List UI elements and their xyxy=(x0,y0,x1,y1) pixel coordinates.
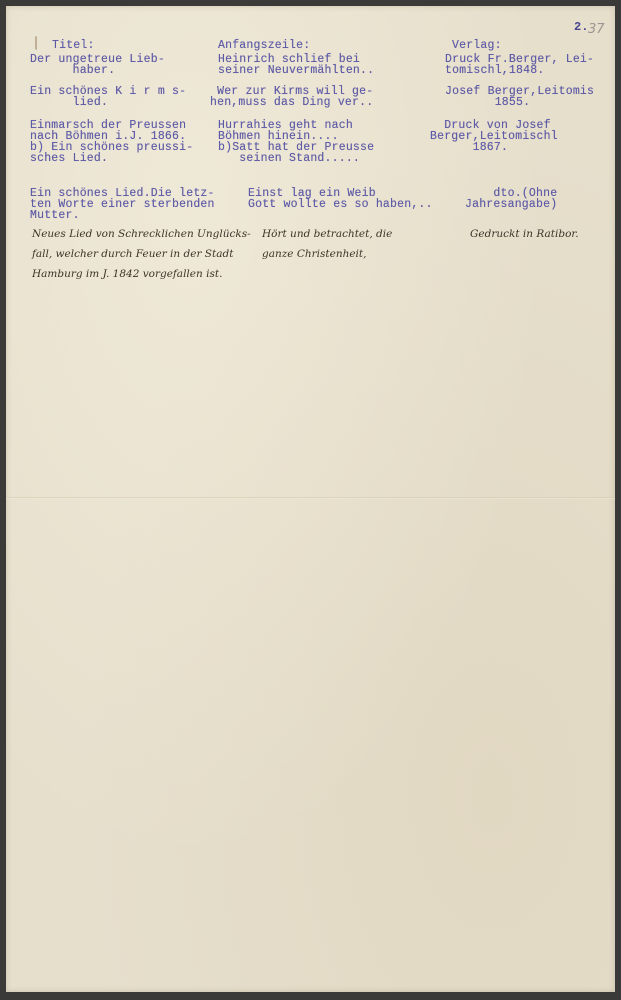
entry-first-line: Heinrich schlief bei seiner Neuvermählte… xyxy=(218,54,374,76)
entry-publisher: Druck von Josef Berger,Leitomischl 1867. xyxy=(430,120,558,153)
page-number: 2. xyxy=(574,20,588,34)
paper-fold-line xyxy=(6,497,615,499)
header-publisher: Verlag: xyxy=(452,40,502,51)
pencil-mark xyxy=(35,36,41,50)
entry-first-line: Einst lag ein Weib Gott wollte es so hab… xyxy=(248,188,433,210)
handwritten-first-line: Hört und betrachtet, die ganze Christenh… xyxy=(262,224,392,264)
entry-publisher: Druck Fr.Berger, Lei- tomischl,1848. xyxy=(445,54,594,76)
header-title: Titel: xyxy=(52,40,95,51)
header-first-line: Anfangszeile: xyxy=(218,40,310,51)
handwritten-title: Neues Lied von Schrecklichen Unglücks- f… xyxy=(32,224,251,284)
entry-publisher: dto.(Ohne Jahresangabe) xyxy=(465,188,557,210)
entry-title: Ein schönes Lied.Die letz- ten Worte ein… xyxy=(30,188,215,221)
entry-first-line: Hurrahies geht nach Böhmen hinein.... b)… xyxy=(218,120,374,164)
entry-title: Der ungetreue Lieb- haber. xyxy=(30,54,165,76)
archive-number: 37 xyxy=(588,22,605,37)
entry-first-line: Wer zur Kirms will ge- hen,muss das Ding… xyxy=(210,86,373,108)
handwritten-publisher: Gedruckt in Ratibor. xyxy=(470,224,579,244)
entry-publisher: Josef Berger,Leitomis 1855. xyxy=(445,86,594,108)
entry-title: Einmarsch der Preussen nach Böhmen i.J. … xyxy=(30,120,193,164)
entry-title: Ein schönes K i r m s- lied. xyxy=(30,86,186,108)
